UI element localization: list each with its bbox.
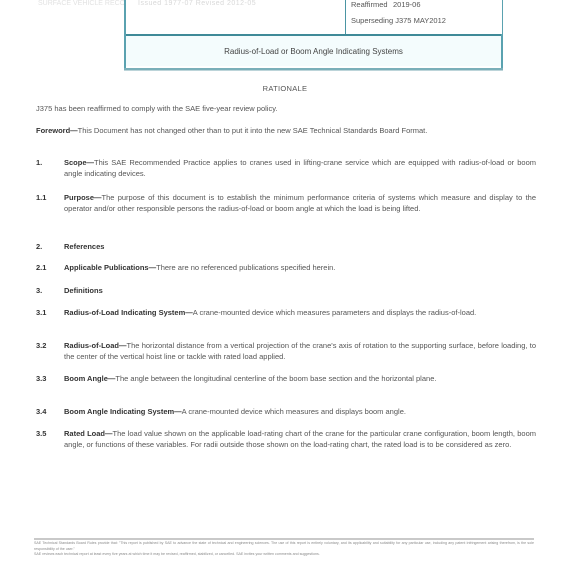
section-3: 3.Definitions [36,285,536,296]
section-body: A crane-mounted device which measures an… [182,407,406,416]
section-text: References [64,241,536,252]
section-2-1: 2.1Applicable Publications—There are no … [36,262,536,273]
section-text: Definitions [64,285,536,296]
meta-key: Superseding [351,16,393,25]
footer-line: SAE Technical Standards Board Rules prov… [34,541,534,552]
section-body: The purpose of this document is to estab… [64,193,536,213]
foreword-dash: — [70,126,78,135]
section-3-4: 3.4Boom Angle Indicating System—A crane-… [36,406,536,417]
section-number: 3.5 [36,428,64,450]
section-number: 3. [36,285,64,296]
section-dash: — [174,407,182,416]
section-text: Boom Angle—The angle between the longitu… [64,373,536,384]
faint-issue-text: Issued 1977-07 Revised 2012-05 [138,0,256,7]
document-title: Radius-of-Load or Boom Angle Indicating … [126,36,501,66]
section-label: Radius-of-Load Indicating System [64,308,185,317]
section-label: Applicable Publications [64,263,149,272]
section-dash: — [94,193,102,202]
section-body: A crane-mounted device which measures pa… [193,308,476,317]
section-text: Rated Load—The load value shown on the a… [64,428,536,450]
section-1: 1.Scope—This SAE Recommended Practice ap… [36,157,536,179]
header-shadow [124,68,503,71]
section-text: Radius-of-Load—The horizontal distance f… [64,340,536,362]
section-number: 3.2 [36,340,64,362]
header-top-row: Issued 1977-07 Revised 2012-05 Reaffirme… [126,0,501,36]
section-body: This SAE Recommended Practice applies to… [64,158,536,178]
header-meta-cell: Reaffirmed2019-06 Superseding J375 MAY20… [345,0,502,34]
section-dash: — [87,158,95,167]
section-3-5: 3.5Rated Load—The load value shown on th… [36,428,536,450]
section-text: Radius-of-Load Indicating System—A crane… [64,307,536,318]
section-label: Boom Angle [64,374,108,383]
section-dash: — [185,308,193,317]
section-3-1: 3.1Radius-of-Load Indicating System—A cr… [36,307,536,318]
foreword-text: This Document has not changed other than… [78,126,428,135]
section-label: Rated Load [64,429,105,438]
document-header-box: Issued 1977-07 Revised 2012-05 Reaffirme… [124,0,503,70]
footer-line: SAE reviews each technical report at lea… [34,552,534,558]
section-number: 1. [36,157,64,179]
rationale-text: J375 has been reaffirmed to comply with … [36,103,536,114]
section-body: The load value shown on the applicable l… [64,429,536,449]
section-number: 3.3 [36,373,64,384]
section-text: Purpose—The purpose of this document is … [64,192,536,214]
section-3-2: 3.2Radius-of-Load—The horizontal distanc… [36,340,536,362]
section-number: 1.1 [36,192,64,214]
section-body: The horizontal distance from a vertical … [64,341,536,361]
section-body: The angle between the longitudinal cente… [115,374,436,383]
section-dash: — [119,341,127,350]
section-1-1: 1.1Purpose—The purpose of this document … [36,192,536,214]
rationale-heading: RATIONALE [0,84,570,93]
section-label: Definitions [64,286,103,295]
section-2: 2.References [36,241,536,252]
foreword-paragraph: Foreword—This Document has not changed o… [36,125,536,136]
section-number: 2. [36,241,64,252]
section-3-3: 3.3Boom Angle—The angle between the long… [36,373,536,384]
section-dash: — [149,263,157,272]
meta-value: 2019-06 [393,0,421,9]
section-label: Radius-of-Load [64,341,119,350]
meta-value: J375 MAY2012 [395,16,446,25]
section-dash: — [105,429,113,438]
section-label: Scope [64,158,87,167]
section-label: References [64,242,104,251]
section-body: There are no referenced publications spe… [156,263,335,272]
meta-reaffirmed: Reaffirmed2019-06 [351,0,421,9]
section-text: Boom Angle Indicating System—A crane-mou… [64,406,536,417]
section-number: 3.4 [36,406,64,417]
footer-notice: SAE Technical Standards Board Rules prov… [34,541,534,558]
section-text: Applicable Publications—There are no ref… [64,262,536,273]
meta-key: Reaffirmed [351,0,393,9]
foreword-label: Foreword [36,126,70,135]
section-label: Boom Angle Indicating System [64,407,174,416]
section-number: 2.1 [36,262,64,273]
footer-divider [34,538,534,540]
section-label: Purpose [64,193,94,202]
section-text: Scope—This SAE Recommended Practice appl… [64,157,536,179]
meta-superseding: Superseding J375 MAY2012 [351,16,446,25]
section-number: 3.1 [36,307,64,318]
